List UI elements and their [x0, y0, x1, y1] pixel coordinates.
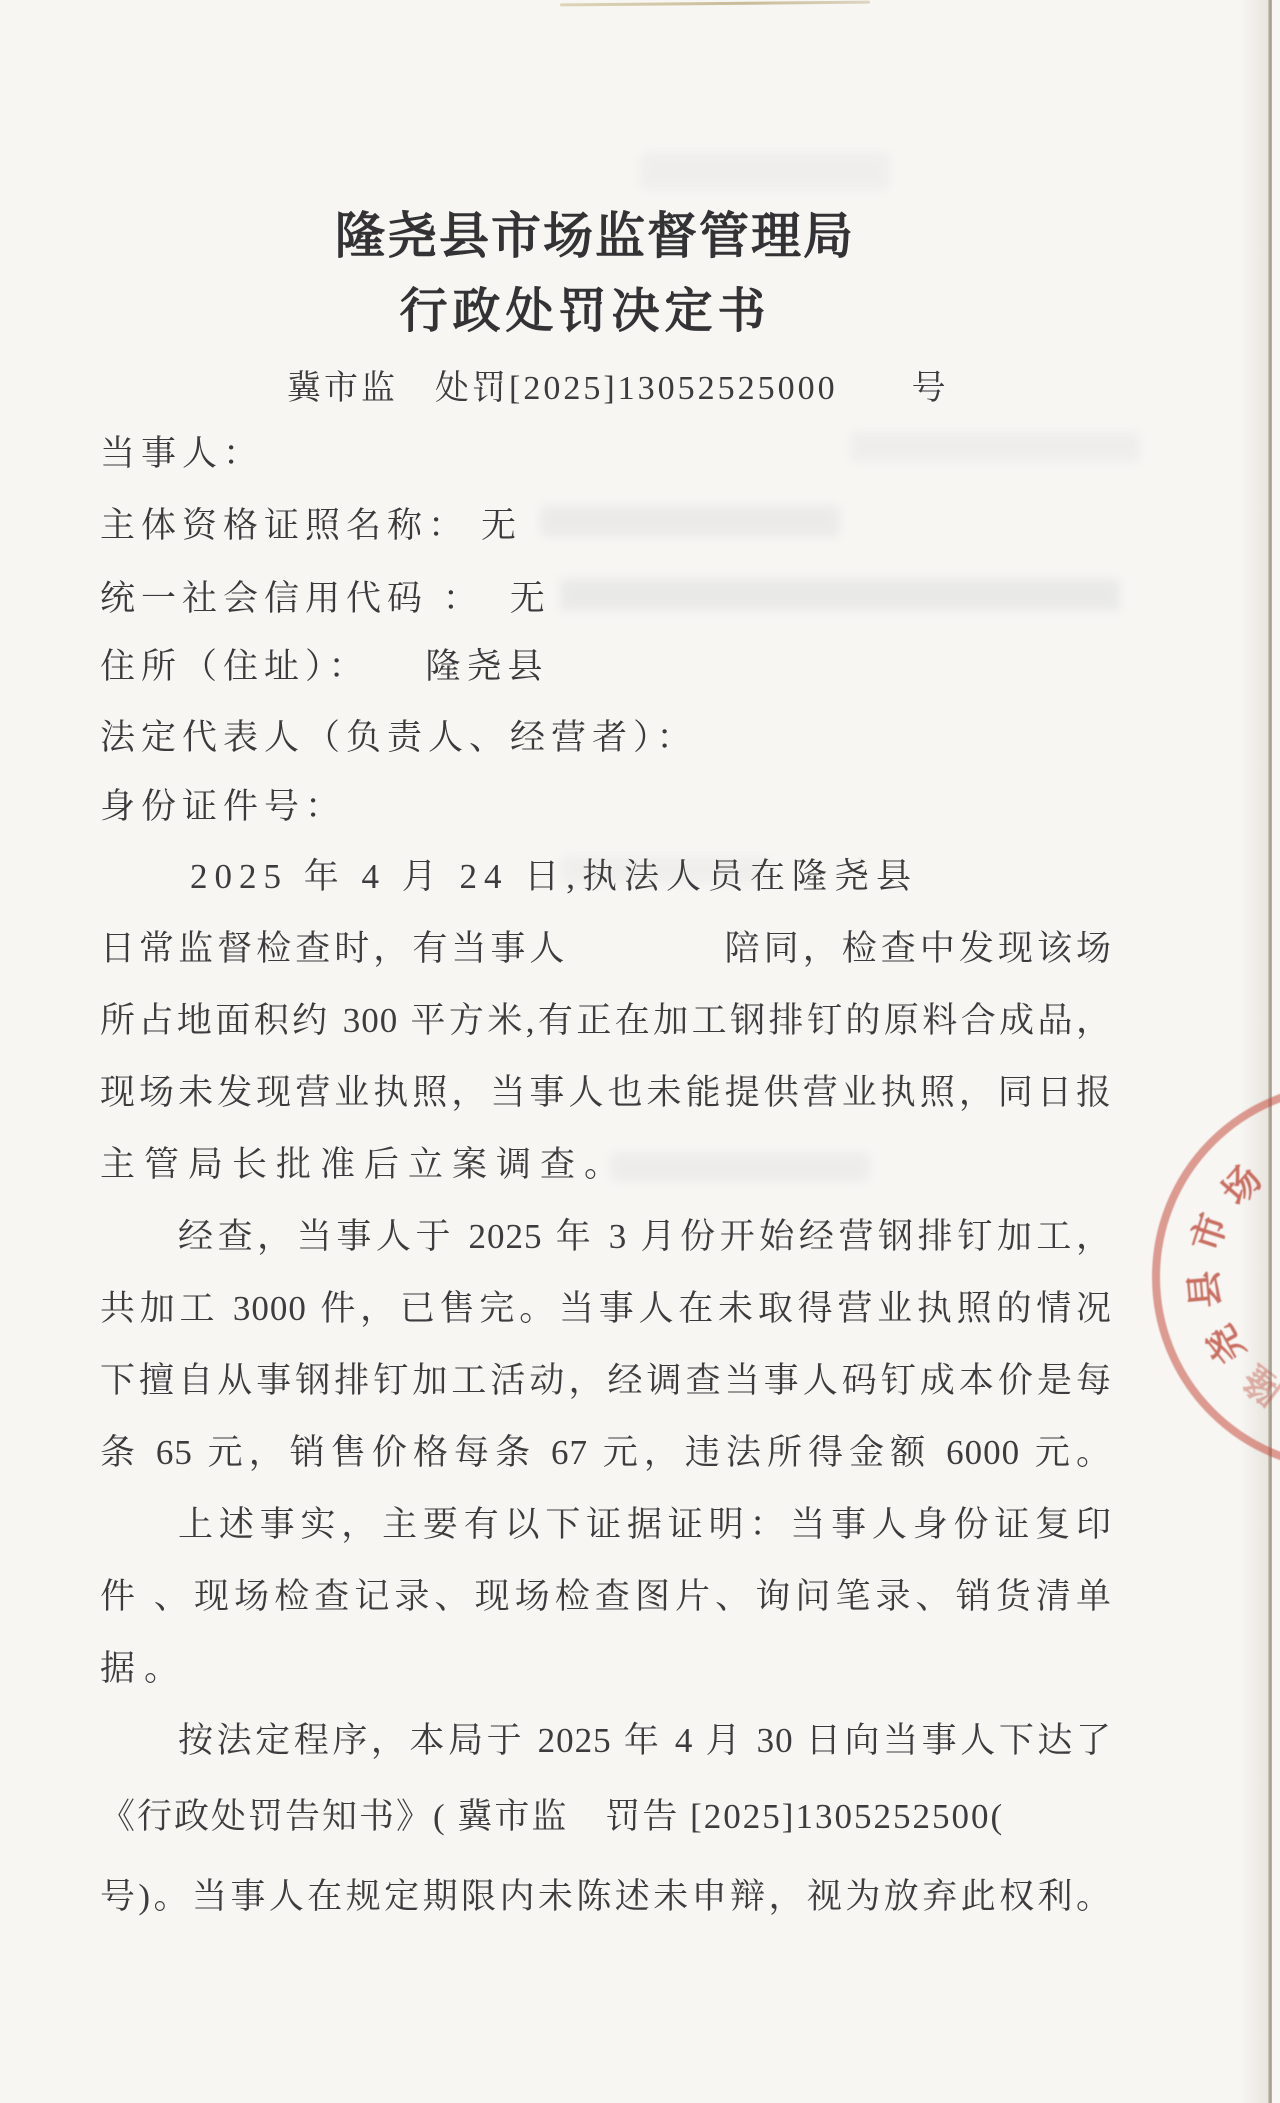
- body-line: 《行政处罚告知书》( 冀市监 罚告 [2025]1305252500(: [100, 1796, 1112, 1837]
- body-line: 2025 年 4 月 24 日,执法人员在隆尧县: [190, 856, 918, 897]
- field-legal-representative-label: 法定代表人（负责人、经营者）：: [100, 718, 698, 757]
- agency-title: 隆尧县市场监督管理局: [0, 196, 1190, 268]
- field-license-name: 主体资格证照名称：无: [100, 498, 522, 548]
- document-number: 冀市监 处罚[2025]13052525000 号: [287, 360, 949, 409]
- body-line: 共加工 3000 件，已售完。当事人在未取得营业执照的情况: [100, 1288, 1112, 1329]
- field-address: 住所（住址）：隆尧县: [100, 639, 549, 689]
- field-id-number-label: 身份证件号：: [100, 787, 346, 826]
- field-party: 当事人：: [100, 426, 276, 476]
- field-id-number: 身份证件号：: [100, 779, 358, 829]
- bleed-through-smudge: [850, 432, 1140, 462]
- bleed-through-smudge: [540, 505, 840, 537]
- body-line: 主管局长批准后立案调查。: [100, 1144, 1112, 1185]
- field-address-value: 隆尧县: [426, 647, 549, 686]
- official-seal-stamp: 场 市 县 尧 隆: [1152, 1082, 1280, 1472]
- body-line: 按法定程序，本局于 2025 年 4 月 30 日向当事人下达了: [178, 1720, 1112, 1761]
- document-type-title: 行政处罚决定书: [0, 272, 1170, 341]
- seal-character: 县: [1173, 1269, 1230, 1311]
- field-credit-code: 统一社会信用代码 ：无: [100, 571, 551, 621]
- body-line: 据。: [100, 1648, 1112, 1689]
- body-line: 现场未发现营业执照，当事人也未能提供营业执照，同日报: [100, 1072, 1112, 1113]
- body-line: 下擅自从事钢排钉加工活动，经调查当事人码钉成本价是每: [100, 1360, 1112, 1401]
- body-line: 所占地面积约 300 平方米,有正在加工钢排钉的原料合成品，: [100, 1000, 1112, 1041]
- bleed-through-smudge: [640, 152, 890, 190]
- body-line: 条 65 元，销售价格每条 67 元，违法所得金额 6000 元。: [100, 1432, 1112, 1473]
- document-page: 隆尧县市场监督管理局 行政处罚决定书 冀市监 处罚[2025]130525250…: [0, 0, 1280, 2103]
- field-license-name-value: 无: [481, 506, 522, 545]
- scan-right-shadow: [1240, 0, 1268, 2103]
- body-line: 上述事实，主要有以下证据证明：当事人身份证复印: [178, 1504, 1112, 1545]
- body-line: 号)。当事人在规定期限内未陈述未申辩，视为放弃此权利。: [100, 1876, 1112, 1917]
- field-license-name-label: 主体资格证照名称：: [100, 506, 469, 545]
- page-right-edge: [1268, 0, 1272, 2103]
- field-legal-representative: 法定代表人（负责人、经营者）：: [100, 710, 710, 760]
- field-address-label: 住所（住址）：: [100, 647, 370, 686]
- body-line: 经查，当事人于 2025 年 3 月份开始经营钢排钉加工，: [178, 1216, 1112, 1257]
- field-credit-code-label: 统一社会信用代码 ：: [100, 579, 484, 618]
- body-line: 件 、现场检查记录、现场检查图片、询问笔录、销货清单: [100, 1576, 1112, 1617]
- field-credit-code-value: 无: [510, 579, 551, 618]
- body-line: 日常监督检查时，有当事人 陪同，检查中发现该场: [100, 928, 1112, 969]
- field-party-label: 当事人：: [100, 434, 264, 473]
- bleed-through-smudge: [560, 578, 1120, 611]
- scan-top-hairline: [560, 1, 870, 7]
